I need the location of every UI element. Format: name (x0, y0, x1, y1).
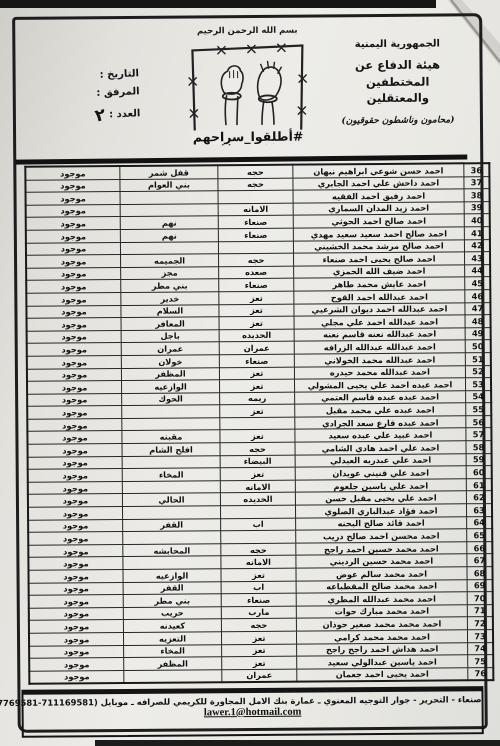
cell-district (124, 669, 222, 683)
cell-governorate: الحديده (220, 493, 295, 506)
cell-governorate: عمران (222, 669, 297, 683)
cell-governorate: حجه (220, 442, 295, 455)
cell-status: موجود (25, 179, 120, 192)
cell-governorate: تعز (222, 644, 297, 657)
cell-number: 59 (466, 453, 492, 466)
cell-number: 67 (467, 554, 493, 567)
detainees-table: 36احمد حسن شوعي ابراهيم نبهانحجهقفل شمرم… (24, 162, 494, 685)
cell-district: عمران (121, 342, 219, 355)
cell-status: موجود (25, 166, 120, 180)
cell-district: القفر (123, 581, 221, 594)
cell-district: السلام (121, 304, 219, 317)
cell-number: 71 (467, 604, 493, 617)
cell-governorate: تعز (221, 631, 296, 644)
cell-governorate: تعز (220, 467, 295, 480)
cell-status: موجود (28, 519, 123, 532)
cell-district: الحالي (122, 493, 220, 506)
cell-governorate: صنعاء (218, 216, 293, 229)
cell-governorate: اب (221, 581, 296, 594)
cell-status: موجود (26, 204, 121, 217)
cell-district (122, 405, 220, 418)
cell-number: 74 (468, 642, 494, 655)
cell-number: 60 (466, 466, 492, 479)
cell-status: موجود (28, 456, 123, 469)
cell-number: 66 (467, 541, 493, 554)
cell-district: بني العوام (120, 178, 218, 191)
cell-district: المظفر (121, 367, 219, 380)
cell-status: موجود (26, 242, 121, 255)
cell-district (120, 241, 218, 254)
cell-governorate: صنعاء (221, 593, 296, 606)
cell-number: 36 (464, 163, 490, 176)
cell-governorate: تعز (222, 656, 297, 669)
cell-number: 48 (465, 315, 491, 328)
cell-name: احمد يحيى احمد جعمان (297, 668, 468, 682)
cell-status: موجود (27, 444, 122, 457)
cell-district: المخاء (122, 468, 220, 481)
cell-status: موجود (27, 393, 122, 406)
cell-number: 72 (467, 617, 493, 630)
meta-block: التاريخ : المرفق : العدد : ٢ (27, 65, 141, 134)
cell-number: 55 (466, 403, 492, 416)
cell-governorate: تعز (220, 430, 295, 443)
cell-governorate: مارب (221, 606, 296, 619)
cell-district (122, 506, 220, 519)
cell-governorate: تعز (219, 304, 294, 317)
cell-district: المعافر (121, 317, 219, 330)
cell-district: نهم (120, 216, 218, 229)
cell-number: 51 (465, 353, 491, 366)
cell-number: 70 (467, 592, 493, 605)
cell-governorate: تعز (220, 404, 295, 417)
cell-status: موجود (27, 381, 122, 394)
cell-governorate: تعز (219, 367, 294, 380)
cell-status: موجود (28, 557, 123, 570)
cell-district: بني مطر (121, 279, 219, 292)
cell-number: 73 (467, 630, 493, 643)
cell-governorate: عمران (219, 341, 294, 354)
cell-number: 39 (464, 201, 490, 214)
cell-governorate (220, 417, 295, 430)
cell-governorate: الامانه (220, 480, 295, 493)
cell-governorate: البيضاء (220, 455, 295, 468)
cell-number: 45 (465, 277, 491, 290)
page-content: الجمهورية اليمنية هيئة الدفاع عن المختطف… (0, 0, 500, 746)
cell-district: خولان (121, 355, 219, 368)
cell-governorate: حجه (218, 178, 293, 191)
cell-district: افلح الشام (122, 443, 220, 456)
country-title: الجمهورية اليمنية (321, 38, 473, 50)
cell-governorate: حجه (221, 619, 296, 632)
cell-governorate (218, 241, 293, 254)
org-name-line1: هيئة الدفاع عن المختطفين (321, 56, 473, 91)
cell-status: موجود (29, 658, 124, 671)
logo-frame: #أطلقوا_سراحهم (181, 36, 314, 151)
org-name-line2: والمعتقلين (322, 90, 474, 108)
cell-number: 47 (465, 302, 491, 315)
bismillah-text: بسم الله الرحمن الرحيم (180, 25, 314, 36)
number-value: ٢ (92, 101, 108, 132)
cell-district: قفل شمر (120, 165, 218, 179)
cell-status: موجود (28, 469, 123, 482)
cell-district (123, 556, 221, 569)
cell-number: 54 (466, 390, 492, 403)
cell-district: المخاء (124, 644, 222, 657)
cell-number: 56 (466, 415, 492, 428)
cell-district: الحوك (122, 392, 220, 405)
cell-status: موجود (29, 582, 124, 595)
cell-status: موجود (27, 330, 122, 343)
org-header: الجمهورية اليمنية هيئة الدفاع عن المختطف… (321, 38, 474, 126)
logo-block: بسم الله الرحمن الرحيم (180, 25, 315, 151)
cell-status: موجود (27, 355, 122, 368)
hashtag-slogan: #أطلقوا_سراحهم (192, 130, 304, 145)
cell-district (120, 204, 218, 217)
cell-status: موجود (29, 670, 124, 684)
cell-district: مجز (121, 266, 219, 279)
cell-status: موجود (29, 620, 124, 633)
cell-status: موجود (26, 229, 121, 242)
cell-status: موجود (29, 595, 124, 608)
cell-governorate: تعز (219, 291, 294, 304)
cell-status: موجود (26, 255, 121, 268)
cell-governorate: الامانه (218, 203, 293, 216)
cell-status: موجود (28, 570, 123, 583)
org-subtitle: (محامون وناشطون حقوقيون) (322, 115, 474, 126)
cell-number: 37 (464, 176, 490, 189)
cell-status: موجود (28, 532, 123, 545)
cell-governorate: صعده (219, 266, 294, 279)
cell-status: موجود (27, 343, 122, 356)
cell-number: 50 (465, 340, 491, 353)
cell-status: موجود (28, 481, 123, 494)
scanned-document: الجمهورية اليمنية هيئة الدفاع عن المختطف… (0, 0, 500, 746)
cell-number: 63 (466, 504, 492, 517)
contact-email: lawer.1@hotmail.com (24, 705, 482, 720)
cell-district: بني مطر (123, 594, 221, 607)
cell-governorate: حجه (221, 543, 296, 556)
cell-number: 41 (464, 227, 490, 240)
roster-table-wrap: 36احمد حسن شوعي ابراهيم نبهانحجهقفل شمرم… (24, 162, 468, 685)
number-label: العدد : (109, 108, 141, 120)
cell-district: نهم (120, 229, 218, 242)
cell-number: 40 (464, 214, 490, 227)
footer-contact-box: صنعاء - التحرير - جوار التوجيه المعنوي ـ… (21, 686, 483, 738)
number-line: العدد : ٢ (28, 100, 141, 134)
cell-number: 61 (466, 478, 492, 491)
cell-governorate: تعز (219, 379, 294, 392)
cell-status: موجود (26, 192, 121, 205)
cell-status: موجود (27, 418, 122, 431)
cell-number: 57 (466, 428, 492, 441)
cell-status: موجود (28, 494, 123, 507)
cell-governorate: صنعاء (219, 354, 294, 367)
cell-district (122, 418, 220, 431)
cell-district: خدير (121, 292, 219, 305)
cell-number: 38 (464, 189, 490, 202)
cell-governorate: حجه (218, 165, 293, 179)
cell-governorate (220, 505, 295, 518)
cell-district (122, 455, 220, 468)
cell-status: موجود (26, 280, 121, 293)
cell-name: احمد حسن شوعي ابراهيم نبهان (293, 163, 464, 177)
detainee-row: 76احمد يحيى احمد جعمانعمرانموجود (29, 667, 493, 684)
cell-number: 65 (467, 529, 493, 542)
cell-district: الوازعيه (122, 380, 220, 393)
cell-district: مقبنه (122, 430, 220, 443)
cell-status: موجود (26, 292, 121, 305)
cell-district: المحابشه (123, 544, 221, 557)
cell-status: موجود (28, 507, 123, 520)
cell-status: موجود (27, 406, 122, 419)
cell-status: موجود (29, 607, 124, 620)
cell-number: 44 (465, 264, 491, 277)
cell-governorate: اب (221, 518, 296, 531)
cell-district (120, 191, 218, 204)
cell-district: باجل (121, 329, 219, 342)
cell-governorate: تعز (221, 568, 296, 581)
cell-district: كعيدنه (123, 619, 221, 632)
cell-governorate: صنعاء (219, 278, 294, 291)
cell-number: 58 (466, 441, 492, 454)
cell-governorate: صنعاء (218, 228, 293, 241)
cell-district: الوازعيه (123, 569, 221, 582)
cell-number: 62 (466, 491, 492, 504)
cell-district: القفر (123, 518, 221, 531)
cell-status: موجود (26, 217, 121, 230)
cell-status: موجود (27, 318, 122, 331)
cell-governorate: ريمه (220, 392, 295, 405)
cell-status: موجود (26, 267, 121, 280)
cell-status: موجود (29, 632, 124, 645)
cell-governorate: الحديده (219, 329, 294, 342)
cell-number: 75 (468, 655, 494, 668)
cell-district: الجميمه (121, 254, 219, 267)
cell-number: 76 (468, 667, 494, 680)
cell-district: حريب (123, 607, 221, 620)
cell-number: 42 (464, 239, 490, 252)
cell-status: موجود (27, 431, 122, 444)
cell-number: 43 (465, 252, 491, 265)
cell-number: 64 (467, 516, 493, 529)
cell-district (123, 531, 221, 544)
cell-district: التعزيه (123, 632, 221, 645)
cell-number: 46 (465, 290, 491, 303)
cell-district: المظفر (124, 657, 222, 670)
cell-governorate: حجه (219, 253, 294, 266)
cell-status: موجود (28, 544, 123, 557)
cell-number: 69 (467, 579, 493, 592)
cell-status: موجود (26, 305, 121, 318)
cell-status: موجود (27, 368, 122, 381)
cell-governorate (221, 530, 296, 543)
cell-number: 68 (467, 567, 493, 580)
cell-number: 49 (465, 327, 491, 340)
cell-governorate: تعز (219, 316, 294, 329)
cell-status: موجود (29, 645, 124, 658)
cell-governorate: الامانه (221, 556, 296, 569)
cell-number: 53 (465, 378, 491, 391)
cell-district (122, 481, 220, 494)
cell-number: 52 (465, 365, 491, 378)
cell-governorate (218, 190, 293, 203)
